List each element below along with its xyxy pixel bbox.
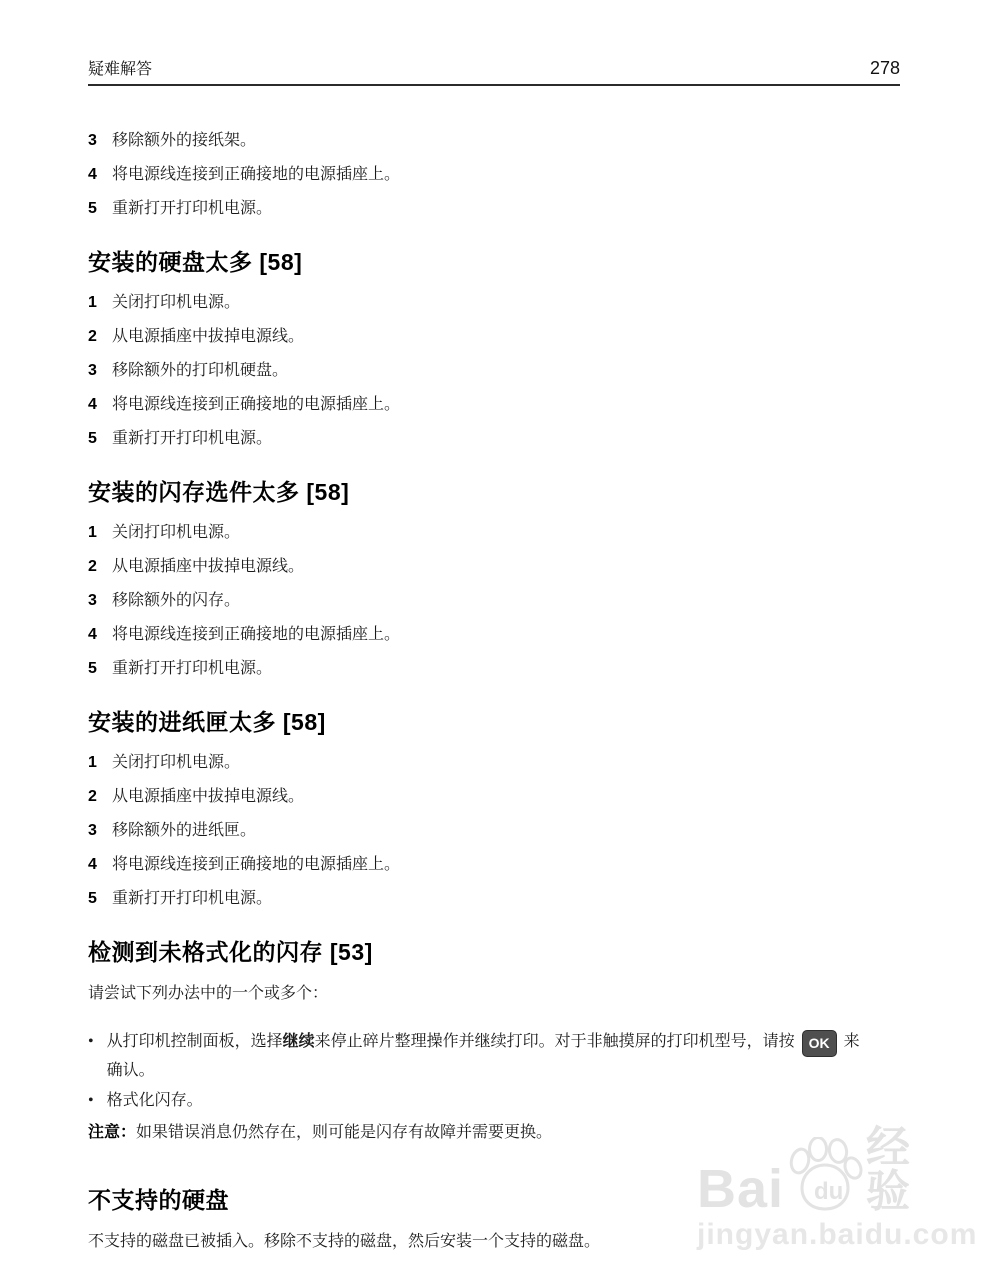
step-number: 3 — [88, 822, 100, 840]
list-item: 1 关闭打印机电源。 — [88, 754, 900, 772]
bullet-icon: • — [88, 1028, 94, 1084]
list-item: 3 移除额外的闪存。 — [88, 592, 900, 610]
step-text: 移除额外的闪存。 — [112, 592, 240, 610]
step-list: 3 移除额外的接纸架。 4 将电源线连接到正确接地的电源插座上。 5 重新打开打… — [88, 132, 900, 218]
list-item: 3 移除额外的接纸架。 — [88, 132, 900, 150]
step-number: 5 — [88, 430, 100, 448]
bullet-list: • 从打印机控制面板，选择继续来停止碎片整理操作并继续打印。对于非触摸屏的打印机… — [88, 1028, 900, 1114]
list-item: 4 将电源线连接到正确接地的电源插座上。 — [88, 166, 900, 184]
step-list: 1 关闭打印机电源。 2 从电源插座中拔掉电源线。 3 移除额外的进纸匣。 4 … — [88, 754, 900, 908]
section-heading: 安装的硬盘太多 [58] — [88, 244, 900, 277]
bullet-text-part: 来 — [844, 1033, 860, 1050]
list-item: 1 关闭打印机电源。 — [88, 294, 900, 312]
step-number: 2 — [88, 558, 100, 576]
step-number: 3 — [88, 592, 100, 610]
step-list: 1 关闭打印机电源。 2 从电源插座中拔掉电源线。 3 移除额外的打印机硬盘。 … — [88, 294, 900, 448]
step-text: 从电源插座中拔掉电源线。 — [112, 328, 304, 346]
bullet-icon: • — [88, 1087, 94, 1114]
step-number: 3 — [88, 132, 100, 150]
step-number: 1 — [88, 754, 100, 772]
intro-text: 请尝试下列办法中的一个或多个： — [88, 984, 900, 1004]
step-text: 移除额外的接纸架。 — [112, 132, 256, 150]
step-number: 5 — [88, 660, 100, 678]
document-page: 疑难解答 278 3 移除额外的接纸架。 4 将电源线连接到正确接地的电源插座上… — [0, 0, 989, 1280]
running-header-title: 疑难解答 — [88, 56, 152, 79]
step-number: 4 — [88, 626, 100, 644]
step-number: 5 — [88, 890, 100, 908]
watermark-logo-row: Bai du 经验 — [697, 1126, 957, 1214]
step-text: 移除额外的打印机硬盘。 — [112, 362, 288, 380]
list-item: 2 从电源插座中拔掉电源线。 — [88, 788, 900, 806]
list-item: 5 重新打开打印机电源。 — [88, 200, 900, 218]
list-item: 4 将电源线连接到正确接地的电源插座上。 — [88, 396, 900, 414]
bullet-text-part: 确认。 — [107, 1062, 155, 1079]
step-text: 重新打开打印机电源。 — [112, 660, 272, 678]
step-number: 4 — [88, 396, 100, 414]
section-unformatted-flash: 检测到未格式化的闪存 [53] 请尝试下列办法中的一个或多个： • 从打印机控制… — [88, 934, 900, 1144]
watermark-du-text: du — [814, 1178, 843, 1205]
watermark-url: jingyan.baidu.com — [697, 1218, 957, 1252]
watermark-bai-text: Bai — [697, 1165, 784, 1214]
step-text: 将电源线连接到正确接地的电源插座上。 — [112, 626, 400, 644]
step-text: 关闭打印机电源。 — [112, 294, 240, 312]
step-text: 重新打开打印机电源。 — [112, 430, 272, 448]
step-list: 1 关闭打印机电源。 2 从电源插座中拔掉电源线。 3 移除额外的闪存。 4 将… — [88, 524, 900, 678]
step-text: 从电源插座中拔掉电源线。 — [112, 558, 304, 576]
list-item: • 从打印机控制面板，选择继续来停止碎片整理操作并继续打印。对于非触摸屏的打印机… — [88, 1028, 900, 1084]
list-item: 5 重新打开打印机电源。 — [88, 890, 900, 908]
step-number: 2 — [88, 788, 100, 806]
bullet-text-part: 从打印机控制面板，选择 — [107, 1033, 283, 1050]
step-text: 关闭打印机电源。 — [112, 524, 240, 542]
section-heading: 检测到未格式化的闪存 [53] — [88, 934, 900, 967]
ok-button-icon: OK — [802, 1030, 837, 1057]
list-item: 2 从电源插座中拔掉电源线。 — [88, 558, 900, 576]
section-continued-steps: 3 移除额外的接纸架。 4 将电源线连接到正确接地的电源插座上。 5 重新打开打… — [88, 132, 900, 218]
step-number: 4 — [88, 166, 100, 184]
list-item: 3 移除额外的打印机硬盘。 — [88, 362, 900, 380]
list-item: 3 移除额外的进纸匣。 — [88, 822, 900, 840]
step-text: 移除额外的进纸匣。 — [112, 822, 256, 840]
baidu-jingyan-watermark: Bai du 经验 jingyan.baidu.com — [697, 1126, 957, 1252]
section-too-many-flash-options: 安装的闪存选件太多 [58] 1 关闭打印机电源。 2 从电源插座中拔掉电源线。… — [88, 474, 900, 678]
watermark-jingyan-text: 经验 — [866, 1126, 957, 1214]
step-number: 1 — [88, 524, 100, 542]
step-text: 重新打开打印机电源。 — [112, 890, 272, 908]
list-item: 5 重新打开打印机电源。 — [88, 430, 900, 448]
bullet-text: 格式化闪存。 — [107, 1087, 203, 1114]
continue-option-label: 继续 — [283, 1033, 315, 1050]
note-label: 注意： — [88, 1124, 136, 1141]
list-item: 2 从电源插座中拔掉电源线。 — [88, 328, 900, 346]
list-item: 5 重新打开打印机电源。 — [88, 660, 900, 678]
note-text: 如果错误消息仍然存在，则可能是闪存有故障并需要更换。 — [136, 1124, 552, 1141]
list-item: 1 关闭打印机电源。 — [88, 524, 900, 542]
step-number: 2 — [88, 328, 100, 346]
section-too-many-disks: 安装的硬盘太多 [58] 1 关闭打印机电源。 2 从电源插座中拔掉电源线。 3… — [88, 244, 900, 448]
step-text: 从电源插座中拔掉电源线。 — [112, 788, 304, 806]
step-number: 1 — [88, 294, 100, 312]
baidu-paw-icon: du — [786, 1137, 864, 1218]
list-item: • 格式化闪存。 — [88, 1087, 900, 1114]
step-text: 将电源线连接到正确接地的电源插座上。 — [112, 856, 400, 874]
bullet-text: 从打印机控制面板，选择继续来停止碎片整理操作并继续打印。对于非触摸屏的打印机型号… — [107, 1028, 860, 1084]
step-number: 3 — [88, 362, 100, 380]
list-item: 4 将电源线连接到正确接地的电源插座上。 — [88, 856, 900, 874]
list-item: 4 将电源线连接到正确接地的电源插座上。 — [88, 626, 900, 644]
section-too-many-trays: 安装的进纸匣太多 [58] 1 关闭打印机电源。 2 从电源插座中拔掉电源线。 … — [88, 704, 900, 908]
section-heading: 安装的闪存选件太多 [58] — [88, 474, 900, 507]
step-text: 重新打开打印机电源。 — [112, 200, 272, 218]
step-text: 关闭打印机电源。 — [112, 754, 240, 772]
page-number: 278 — [870, 58, 900, 79]
page-header: 疑难解答 278 — [88, 56, 900, 86]
step-text: 将电源线连接到正确接地的电源插座上。 — [112, 166, 400, 184]
step-number: 4 — [88, 856, 100, 874]
bullet-text-part: 来停止碎片整理操作并继续打印。对于非触摸屏的打印机型号，请按 — [315, 1033, 795, 1050]
section-heading: 安装的进纸匣太多 [58] — [88, 704, 900, 737]
step-number: 5 — [88, 200, 100, 218]
step-text: 将电源线连接到正确接地的电源插座上。 — [112, 396, 400, 414]
